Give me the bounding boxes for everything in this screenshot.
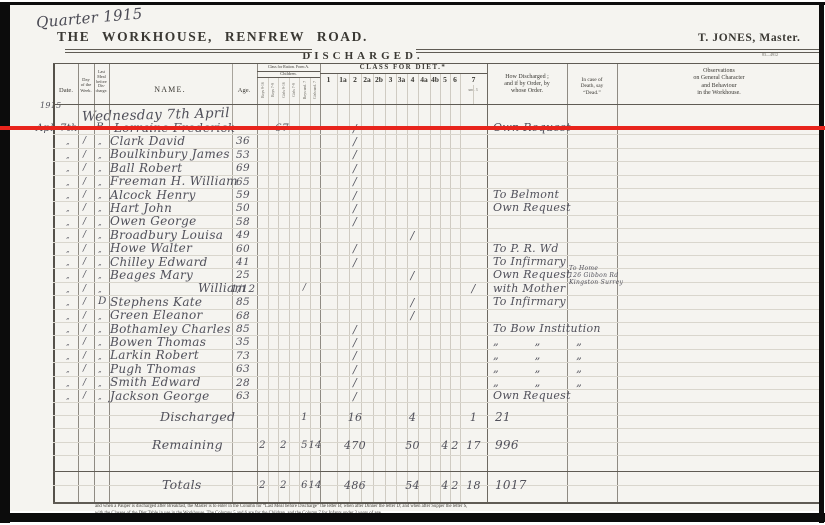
- entry-age: 36: [236, 136, 250, 148]
- entry-last-meal: „: [98, 220, 102, 228]
- summary-total: 21: [495, 411, 511, 424]
- grid-line: [299, 77, 300, 502]
- grid-line: [53, 428, 822, 429]
- footnote-line1: and when a Pauper is discharged after Br…: [95, 504, 467, 509]
- entry-age: 85: [236, 297, 250, 309]
- entry-age: 73: [236, 351, 250, 363]
- diet-column-label: 2: [353, 76, 357, 84]
- entry-last-meal: „: [98, 367, 102, 375]
- entry-age: 63: [236, 391, 250, 403]
- entry-how-discharged: „ „ „: [493, 363, 582, 375]
- col-header-last-meal: Last Meal before Dis- charge.: [96, 70, 108, 94]
- diet-column-label: 4b: [431, 76, 439, 84]
- entry-name: Freeman H. William: [110, 175, 238, 188]
- grid-line: [53, 104, 822, 105]
- children-column-label: Boys 9-16: [260, 82, 264, 98]
- entry-last-meal: „: [98, 233, 102, 241]
- col-header-diet-group: CLASS FOR DIET.*: [360, 64, 447, 72]
- entry-last-meal: „: [98, 166, 102, 174]
- entry-day-tick: /: [83, 392, 86, 402]
- diet-class-tick: /: [353, 324, 357, 336]
- entry-day-tick: /: [83, 285, 86, 295]
- entry-last-meal: „: [98, 340, 102, 348]
- diet-class-tick: /: [410, 270, 414, 282]
- entry-name: Beages Mary: [110, 269, 193, 282]
- entry-age: 53: [236, 150, 250, 162]
- diet-column-label: 4a: [420, 76, 428, 84]
- diet-class-tick: /: [353, 391, 357, 403]
- entry-date-ditto: „: [66, 354, 70, 362]
- entry-name: Smith Edward: [110, 376, 201, 389]
- entry-age: 68: [236, 311, 250, 323]
- section-title: DISCHARGED.: [302, 50, 423, 62]
- entry-last-meal: „: [98, 153, 102, 161]
- entry-date-ditto: „: [66, 300, 70, 308]
- summary-diet-value: 16: [348, 412, 363, 424]
- grid-line: [268, 77, 269, 502]
- summary-diet-value: 4: [441, 440, 448, 452]
- entry-how-discharged: To P. R. Wd: [493, 243, 559, 255]
- col-header-name: NAME.: [154, 86, 186, 95]
- summary-children-value: 2: [259, 440, 266, 451]
- grid-line: [473, 85, 474, 104]
- diet-class-tick: /: [353, 203, 357, 215]
- entry-last-meal: „: [98, 394, 102, 402]
- entry-date-ditto: „: [66, 367, 70, 375]
- entry-last-meal: „: [98, 314, 102, 322]
- col-header-death: In case of Death, say “Dead.”: [581, 77, 604, 96]
- col-header-observations: Observations on General Character and Be…: [693, 68, 744, 98]
- col-header-age: Age.: [238, 87, 250, 94]
- page-title: THE WORKHOUSE, RENFREW ROAD.: [57, 30, 368, 45]
- entry-last-meal: „: [98, 180, 102, 188]
- entry-age: 28: [236, 378, 250, 390]
- summary-diet-value: 4: [409, 412, 416, 424]
- diet-class-tick: /: [353, 163, 357, 175]
- entry-age: 49: [236, 230, 250, 242]
- entry-name: Larkin Robert: [110, 349, 199, 362]
- entry-day-tick: /: [83, 325, 86, 335]
- grid-line: [257, 77, 320, 78]
- diet-column-label: 5: [443, 76, 447, 84]
- summary-children-value: 5: [301, 440, 308, 451]
- entry-age: 25: [236, 270, 250, 282]
- diet-class-tick: /: [353, 257, 357, 269]
- entry-last-meal: D: [98, 296, 107, 308]
- entry-age: 63: [236, 364, 250, 376]
- entry-date-ditto: „: [66, 153, 70, 161]
- entry-name: Owen George: [110, 215, 197, 228]
- entry-name: Boulkinbury James: [110, 148, 230, 161]
- grid-line: [53, 455, 822, 456]
- entry-age: 41: [236, 257, 250, 269]
- scanned-register-page: { "document": { "quarter_note": "Quarter…: [0, 0, 825, 525]
- diet-class-tick: /: [410, 310, 414, 322]
- entry-observation-note: To Home 126 Gibbon Rd Kingston Surrey: [569, 265, 623, 286]
- entry-name: Pugh Thomas: [110, 363, 196, 376]
- entry-date-ditto: „: [66, 166, 70, 174]
- entry-day-tick: /: [83, 365, 86, 375]
- entry-date-ditto: „: [66, 327, 70, 335]
- grid-line: [278, 77, 279, 502]
- entry-date-ditto: „: [66, 260, 70, 268]
- summary-children-value: 2: [280, 480, 287, 491]
- diet-class-tick: /: [353, 377, 357, 389]
- summary-diet-value: 54: [405, 480, 420, 492]
- quarter-note: Quarter 1915: [35, 5, 143, 31]
- entry-date-ditto: „: [66, 394, 70, 402]
- summary-diet-value: 470: [344, 440, 366, 452]
- grid-line: [65, 49, 312, 50]
- master-small-print: 83—4912: [762, 53, 778, 57]
- entry-last-meal: „: [98, 287, 102, 295]
- entry-name: Bothamley Charles: [110, 323, 231, 336]
- entry-date-ditto: „: [66, 247, 70, 255]
- entry-date-ditto: „: [66, 273, 70, 281]
- diet-column-label: 2b: [375, 76, 383, 84]
- grid-line: [289, 77, 290, 502]
- summary-diet-value: 486: [344, 480, 366, 492]
- entry-age: 85: [236, 324, 250, 336]
- summary-children-value: 1: [301, 412, 308, 423]
- entry-day-tick: /: [83, 178, 86, 188]
- children-column-label: Girls 7-9: [292, 83, 296, 97]
- diet-column-label: 3: [389, 76, 393, 84]
- summary-children-value: 14: [308, 440, 321, 451]
- entry-last-meal: „: [98, 193, 102, 201]
- entry-day-tick: /: [83, 204, 86, 214]
- col-header-ration-children: Children.: [280, 72, 296, 77]
- scan-border-right: [819, 2, 824, 523]
- scan-border-top: [8, 2, 825, 5]
- diet-column-label: 2a: [363, 76, 371, 84]
- summary-label: Discharged: [160, 410, 235, 424]
- grid-line: [53, 63, 822, 64]
- diet-class-tick: /: [353, 149, 357, 161]
- summary-diet-value: 2: [451, 480, 458, 492]
- entry-day-tick: /: [83, 137, 86, 147]
- summary-diet-value: 1: [470, 412, 477, 424]
- grid-line: [320, 73, 487, 74]
- entry-name: Ball Robert: [110, 162, 182, 175]
- summary-total: 996: [495, 439, 519, 452]
- entry-day-tick: /: [83, 312, 86, 322]
- ledger-paper: Quarter 1915 THE WORKHOUSE, RENFREW ROAD…: [10, 5, 820, 511]
- entry-how-discharged: Own Request: [493, 269, 571, 281]
- diet-class-tick: /: [410, 297, 414, 309]
- entry-day-tick: /: [83, 352, 86, 362]
- grid-line: [53, 471, 822, 472]
- entry-day-tick: /: [83, 218, 86, 228]
- entry-age: 1/12: [231, 284, 256, 296]
- diet-class-tick: /: [353, 350, 357, 362]
- summary-diet-value: 17: [466, 440, 481, 452]
- entry-last-meal: „: [98, 139, 102, 147]
- entry-name: Howe Walter: [110, 242, 192, 255]
- grid-line: [416, 49, 822, 50]
- diet-column-label: 3a: [398, 76, 406, 84]
- entry-last-meal: „: [98, 354, 102, 362]
- entry-date-ditto: „: [66, 139, 70, 147]
- diet-class-tick: /: [353, 243, 357, 255]
- entry-age: 58: [236, 217, 250, 229]
- grid-line: [373, 73, 374, 502]
- entry-date-ditto: „: [66, 220, 70, 228]
- entry-age: 60: [236, 244, 250, 256]
- grid-line: [337, 73, 338, 502]
- scan-border-left: [0, 2, 10, 523]
- entry-day-tick: /: [83, 191, 86, 201]
- entry-age: 59: [236, 190, 250, 202]
- summary-label: Remaining: [152, 438, 223, 452]
- entry-date-ditto: „: [66, 233, 70, 241]
- entry-how-discharged: with Mother: [493, 283, 565, 295]
- grid-line: [385, 73, 386, 502]
- children-column-label: Girls und. 7: [313, 81, 317, 99]
- entry-day-tick: /: [83, 164, 86, 174]
- col-header-date: Date.: [59, 87, 73, 94]
- entry-name: Jackson George: [110, 390, 210, 403]
- entry-day-tick: /: [83, 231, 86, 241]
- entry-last-meal: „: [98, 381, 102, 389]
- entry-last-meal: „: [98, 260, 102, 268]
- col-header-ration-group: Class for Ration. Form A.: [268, 65, 309, 69]
- entry-date-ditto: „: [66, 180, 70, 188]
- summary-diet-value: 2: [451, 440, 458, 452]
- entry-how-discharged: To Bow Institution: [493, 323, 601, 335]
- entry-age: 69: [236, 163, 250, 175]
- red-highlight-line: [0, 126, 825, 130]
- entry-how-discharged: To Infirmary: [493, 296, 566, 308]
- grid-line: [430, 73, 431, 502]
- entry-name: Broadbury Louisa: [110, 229, 223, 242]
- entry-last-meal: „: [98, 327, 102, 335]
- entry-how-discharged: „ „ „: [493, 336, 582, 348]
- entry-date-ditto: „: [66, 206, 70, 214]
- diet-column-label: 4: [411, 76, 415, 84]
- entry-last-meal: „: [98, 206, 102, 214]
- entry-how-discharged: Own Request: [493, 390, 571, 402]
- entry-name: Bowen Thomas: [110, 336, 206, 349]
- entry-name: Alcock Henry: [110, 189, 196, 202]
- diet-class-tick: /: [353, 176, 357, 188]
- entry-last-meal: „: [98, 247, 102, 255]
- entry-age: 50: [236, 203, 250, 215]
- summary-label: Totals: [162, 478, 202, 492]
- entry-day-tick: /: [83, 271, 86, 281]
- summary-total: 1017: [495, 479, 527, 492]
- master-name: T. JONES, Master.: [698, 32, 801, 45]
- entry-name: Hart John: [110, 202, 172, 215]
- entry-date-ditto: „: [66, 193, 70, 201]
- summary-diet-value: 50: [405, 440, 420, 452]
- entry-date-ditto: „: [66, 340, 70, 348]
- entry-date-ditto: „: [66, 287, 70, 295]
- entry-day-tick: /: [83, 338, 86, 348]
- summary-children-value: 2: [259, 480, 266, 491]
- diet-class-tick: /: [353, 190, 357, 202]
- entry-how-discharged: To Infirmary: [493, 256, 566, 268]
- summary-diet-value: 4: [441, 480, 448, 492]
- entry-last-meal: „: [98, 273, 102, 281]
- grid-line: [310, 77, 311, 502]
- summary-children-value: 6: [301, 480, 308, 491]
- grid-line: [416, 52, 822, 53]
- diet-class-tick: /: [353, 337, 357, 349]
- entry-day-tick: /: [83, 245, 86, 255]
- diet-class-tick: /: [410, 230, 414, 242]
- grid-line: [460, 73, 461, 502]
- entry-date-ditto: „: [66, 381, 70, 389]
- entry-name: Green Eleanor: [110, 309, 203, 322]
- entry-age: 65: [236, 177, 250, 189]
- entry-age: 35: [236, 337, 250, 349]
- children-column-label: Boys und. 7: [302, 81, 306, 99]
- diet-column-label: 7: [472, 76, 476, 84]
- diet-column-label: 1a: [339, 76, 347, 84]
- diet-column-label: 1: [327, 76, 331, 84]
- diet-class-tick: /: [353, 364, 357, 376]
- entry-day-tick: /: [83, 151, 86, 161]
- summary-children-value: 14: [308, 480, 321, 491]
- entry-how-discharged: Own Request: [493, 202, 571, 214]
- grid-line: [396, 73, 397, 502]
- entry-how-discharged: To Belmont: [493, 189, 559, 201]
- children-ration-tick: /: [303, 284, 306, 294]
- entry-day-tick: /: [83, 258, 86, 268]
- diet-column-label: 6: [453, 76, 457, 84]
- summary-diet-value: 18: [466, 480, 481, 492]
- diet-class-tick: /: [353, 216, 357, 228]
- entry-day-tick: /: [83, 379, 86, 389]
- col-header-how-discharged: How Discharged ; and if by Order, by who…: [504, 74, 550, 96]
- summary-children-value: 2: [280, 440, 287, 451]
- entry-name: Stephens Kate: [110, 296, 202, 309]
- entry-day-tick: /: [83, 298, 86, 308]
- entry-name: Chilley Edward: [110, 256, 208, 269]
- entry-how-discharged: „ „ „: [493, 350, 582, 362]
- diet-class-tick: /: [353, 136, 357, 148]
- entry-how-discharged: „ „ „: [493, 377, 582, 389]
- grid-line: [65, 52, 312, 53]
- col-header-day: Day of the Week.: [80, 77, 92, 93]
- scan-border-bottom: [0, 513, 825, 522]
- children-column-label: Boys 7-9: [271, 83, 275, 97]
- diet-class-tick: /: [471, 283, 475, 295]
- grid-line: [257, 71, 320, 72]
- children-column-label: Girls 9-16: [281, 82, 285, 98]
- entry-name: Clark David: [110, 135, 185, 148]
- entry-date-ditto: „: [66, 314, 70, 322]
